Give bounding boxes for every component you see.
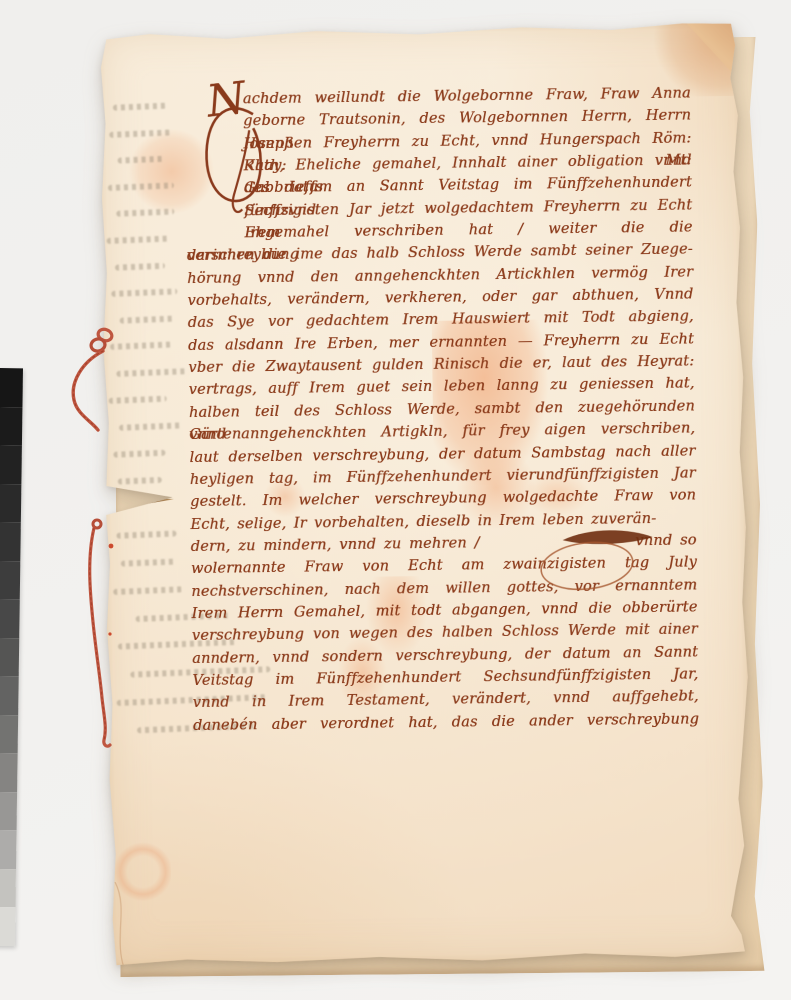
show-through-mark [116,209,174,217]
show-through-mark [120,316,176,324]
show-through-mark [116,530,176,538]
edge-tear-shadow [128,489,174,508]
show-through-mark [118,156,166,164]
calibration-step [0,599,20,638]
show-through-mark [118,477,162,485]
show-through-mark [109,396,167,404]
calibration-step [0,792,17,831]
calibration-step [0,484,21,523]
show-through-mark [107,235,171,244]
calibration-step [0,830,17,869]
calibration-step [0,638,19,677]
initial-letter: N [204,76,247,124]
calibration-step [0,561,20,600]
show-through-mark [108,182,174,191]
calibration-step [0,445,22,484]
show-through-mark [116,368,186,377]
calibration-step [0,676,19,715]
show-through-mark [111,288,177,297]
initial-letter-box: N [185,88,245,225]
manuscript-page-wrap: N achdem weillundt die Wolgebornne Fraw,… [98,22,752,966]
calibration-step [0,907,15,946]
show-through-mark [109,129,171,137]
manuscript-page: N achdem weillundt die Wolgebornne Fraw,… [98,22,752,966]
grayscale-calibration-strip [0,368,23,946]
handwritten-text-block: N achdem weillundt die Wolgebornne Fraw,… [185,82,699,737]
calibration-step [0,368,23,407]
show-through-mark [110,341,172,349]
calibration-step [0,522,21,561]
show-through-mark [121,559,177,567]
stain [115,841,172,902]
corner-fold [686,22,739,81]
calibration-step [0,869,16,908]
show-through-mark [119,422,183,431]
show-through-mark [113,450,165,458]
archival-photo: N achdem weillundt die Wolgebornne Fraw,… [0,0,791,1000]
calibration-step [0,753,18,792]
show-through-mark [113,103,167,111]
show-through-mark [113,586,183,595]
calibration-step [0,715,18,754]
show-through-mark [115,263,165,271]
calibration-step [0,407,22,446]
